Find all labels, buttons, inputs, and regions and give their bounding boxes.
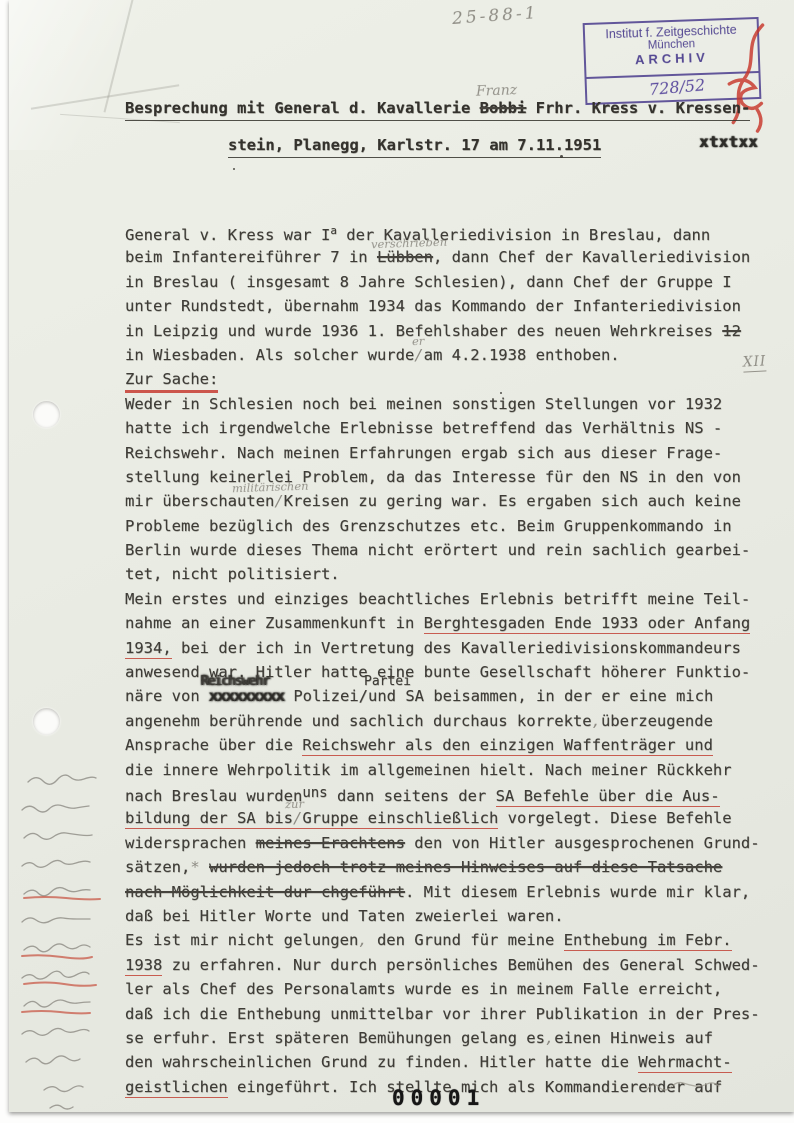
- inserted-correction: zur: [285, 797, 304, 812]
- text-segment: a: [330, 224, 337, 237]
- text-segment: , dann Chef der Kavalleriedivision: [433, 248, 750, 266]
- text-line: in Leipzig und wurde 1936 1. Befehlshabe…: [125, 322, 760, 346]
- text-line: bildung der SA bis/zurGruppe einschließl…: [125, 809, 760, 833]
- text-line: in Breslau ( insgesamt 8 Jahre Schlesien…: [125, 273, 760, 297]
- text-segment: den wahrscheinlichen Grund zu finden. Hi…: [125, 1053, 638, 1071]
- text-line: Ansprache über die Reichswehr als den ei…: [125, 736, 760, 760]
- text-segment: Ansprache über die: [125, 736, 302, 754]
- text-line: stellung keinerlei Problem, da das Inter…: [125, 468, 760, 492]
- text-segment: Kreisen zu gering war. Es ergaben sich a…: [284, 492, 741, 510]
- struck-name: BobbiFranz: [480, 99, 527, 117]
- document-title-line1: Besprechung mit General d. Kavallerie Bo…: [125, 99, 750, 117]
- text-line: nahme an einer Zusammenkunft in Berghtes…: [125, 614, 760, 638]
- text-line: 1938 zu erfahren. Nur durch persönliches…: [125, 956, 760, 980]
- text-segment: Weder in Schlesien noch bei meinen sonst…: [125, 395, 722, 413]
- text-line: Zur Sache:: [125, 370, 760, 394]
- text-segment: se erfuhr. Erst späteren Bemühungen gela…: [125, 1029, 545, 1047]
- text-segment: zu erfahren. Nur durch persönliches Bemü…: [162, 956, 759, 974]
- text-segment: bei der ich in Vertretung des Kavallerie…: [172, 639, 741, 657]
- text-segment: einen Hinweis auf: [554, 1029, 713, 1047]
- punch-hole: [33, 401, 60, 428]
- text-segment: ,: [592, 712, 601, 730]
- text-segment: Probleme bezüglich des Grenzschutzes etc…: [125, 517, 732, 535]
- text-segment: Reichswehr als den einzigen Waffenträger…: [302, 736, 713, 756]
- pencil-scribble-wehrmacht: [645, 1078, 737, 1098]
- text-segment: am 4.2.1938 enthoben.: [424, 346, 620, 364]
- text-segment: beisammen, in der er eine mich: [424, 687, 713, 705]
- title-text: Besprechung mit General d. Kavallerie: [125, 99, 480, 117]
- text-line: daß bei Hitler Worte und Taten zweierlei…: [125, 907, 760, 931]
- text-segment: /zur: [293, 809, 302, 829]
- document-title-line2: stein, Planegg, Karlstr. 17 am 7.11.1951: [228, 136, 601, 154]
- handwritten-name-correction: Franz: [475, 82, 517, 99]
- text-segment: Reichswehr. Nach meinen Erfahrungen erga…: [125, 444, 722, 462]
- text-segment: tet, nicht politisiert.: [125, 565, 340, 583]
- text-segment: widersprachen: [125, 834, 256, 852]
- text-segment: Berlin wurde dieses Thema nicht erörtert…: [125, 541, 750, 559]
- struck-name-text: Bobbi: [480, 99, 527, 117]
- text-segment: *: [190, 858, 199, 876]
- text-segment: Polizei/: [284, 687, 368, 705]
- text-segment: beim Infantereiführer 7 in: [125, 248, 377, 266]
- text-line: sätzen,* wurden jedoch trotz meines Hinw…: [125, 858, 760, 882]
- typed-overstrike-mark: xtxtxx: [699, 133, 758, 151]
- text-segment: angenehm berührende und sachlich durchau…: [125, 712, 592, 730]
- text-segment: nahme an einer Zusammenkunft in: [125, 614, 424, 632]
- text-line: in Wiesbaden. Als solcher wurde/eram 4.2…: [125, 346, 760, 370]
- text-segment: Lübbenverschrieben: [377, 248, 433, 266]
- text-segment: ,: [358, 931, 367, 949]
- text-segment: den Grund für meine: [368, 931, 564, 949]
- text-line: tet, nicht politisiert.: [125, 565, 760, 589]
- text-line: die innere Wehrpolitik im allgemeinen hi…: [125, 761, 760, 785]
- text-line: Weder in Schlesien noch bei meinen sonst…: [125, 395, 760, 419]
- text-segment: unter Rundstedt, übernahm 1934 das Komma…: [125, 297, 741, 315]
- title-text: stein, Planegg, Karlstr. 17 am 7.11.1951: [228, 136, 601, 158]
- text-segment: meines Erachtens: [256, 834, 405, 852]
- scanned-document-page: 25-88-1 Institut f. Zeitgeschichte Münch…: [0, 0, 794, 1123]
- typewritten-body: General v. Kress war Ia der Kavalleriedi…: [125, 224, 760, 1102]
- text-line: mir überschauten/militärischenKreisen zu…: [125, 492, 760, 516]
- text-line: näre von xxxxxxxxxReichswehr Polizei/und…: [125, 687, 760, 711]
- inserted-correction: er: [412, 334, 425, 348]
- text-segment: daß bei Hitler Worte und Taten zweierlei…: [125, 907, 564, 925]
- text-segment: geistlichen: [125, 1078, 228, 1098]
- text-line: nach Möglichkeit dur chgeführt. Mit dies…: [125, 883, 760, 907]
- text-line: hatte ich irgendwelche Erlebnisse betref…: [125, 419, 760, 443]
- text-line: nach Breslau wurdenuns dann seitens der …: [125, 785, 760, 809]
- text-segment: Zur Sache:: [125, 370, 218, 393]
- text-segment: daß ich die Enthebung unmittelbar vor ih…: [125, 1005, 760, 1023]
- text-segment: Gruppe einschließlich: [302, 809, 498, 829]
- text-line: ler als Chef des Personalamts wurde es i…: [125, 980, 760, 1004]
- text-line: unter Rundstedt, übernahm 1934 das Komma…: [125, 297, 760, 321]
- text-segment: vorgelegt. Diese Befehle: [498, 809, 731, 827]
- text-segment: uns: [302, 785, 327, 801]
- text-segment: Wehrmacht-: [638, 1053, 731, 1073]
- text-segment: den von Hitler ausgesprochenen Grund-: [405, 834, 760, 852]
- pencil-wehrkreis-correction: XII: [743, 353, 767, 372]
- text-segment: 12: [722, 322, 741, 340]
- text-segment: ler als Chef des Personalamts wurde es i…: [125, 980, 722, 998]
- text-segment: mir überschauten: [125, 492, 274, 510]
- text-segment: die innere Wehrpolitik im allgemeinen hi…: [125, 761, 732, 779]
- text-segment: Mein erstes und einziges beachtliches Er…: [125, 590, 750, 608]
- text-line: Probleme bezüglich des Grenzschutzes etc…: [125, 517, 760, 541]
- text-segment: und SAPartei: [368, 687, 424, 705]
- text-segment: Berghtesgaden Ende 1933 oder Anfang: [424, 614, 751, 634]
- text-segment: 1934,: [125, 639, 172, 659]
- text-line: Es ist mir nicht gelungen, den Grund für…: [125, 931, 760, 955]
- text-segment: hatte ich irgendwelche Erlebnisse betref…: [125, 419, 722, 437]
- text-line: beim Infantereiführer 7 in Lübbenverschr…: [125, 248, 760, 272]
- corner-crease: [9, 0, 199, 150]
- text-segment: stellung keinerlei Problem, da das Inter…: [125, 468, 741, 486]
- text-segment: 1938: [125, 956, 162, 976]
- text-segment: nach Breslau wurden: [125, 787, 302, 805]
- text-segment: ,: [545, 1029, 554, 1047]
- text-line: se erfuhr. Erst späteren Bemühungen gela…: [125, 1029, 760, 1053]
- inserted-correction: Partei: [364, 675, 411, 688]
- text-segment: General v. Kress war I: [125, 226, 330, 244]
- text-segment: in Wiesbaden. Als solcher wurde: [125, 346, 414, 364]
- text-segment: nach Möglichkeit dur chgeführt: [125, 883, 405, 901]
- text-segment: SA Befehle über die Aus-: [496, 787, 720, 807]
- text-line: angenehm berührende und sachlich durchau…: [125, 712, 760, 736]
- ink-speck: [233, 168, 235, 170]
- text-line: 1934, bei der ich in Vertretung des Kava…: [125, 639, 760, 663]
- text-segment: näre von: [125, 687, 209, 705]
- text-segment: bildung der SA bis: [125, 809, 293, 829]
- text-line: Mein erstes und einziges beachtliches Er…: [125, 590, 760, 614]
- text-segment: wurden jedoch trotz meines Hinweises auf…: [209, 858, 722, 876]
- punch-hole: [33, 708, 60, 735]
- text-segment: überzeugende: [601, 712, 713, 730]
- text-segment: xxxxxxxxxReichswehr: [209, 687, 284, 705]
- page-number-stamp: 00001: [392, 1086, 485, 1110]
- text-segment: [200, 858, 209, 876]
- text-segment: Es ist mir nicht gelungen: [125, 931, 358, 949]
- text-segment: in Breslau ( insgesamt 8 Jahre Schlesien…: [125, 273, 732, 291]
- text-line: den wahrscheinlichen Grund zu finden. Hi…: [125, 1053, 760, 1077]
- margin-handwritten-note: [16, 772, 120, 1117]
- text-line: Berlin wurde dieses Thema nicht erörtert…: [125, 541, 760, 565]
- inserted-correction: Reichswehr: [201, 675, 269, 688]
- text-segment: /er: [414, 346, 423, 364]
- text-segment: . Mit diesem Erlebnis wurde mir klar,: [405, 883, 750, 901]
- text-line: Reichswehr. Nach meinen Erfahrungen erga…: [125, 444, 760, 468]
- text-line: daß ich die Enthebung unmittelbar vor ih…: [125, 1005, 760, 1029]
- text-line: widersprachen meines Erachtens den von H…: [125, 834, 760, 858]
- text-segment: dann seitens der: [328, 787, 496, 805]
- text-segment: sätzen,: [125, 858, 190, 876]
- red-pencil-flourish: [696, 13, 794, 142]
- text-segment: /militärischen: [274, 492, 283, 510]
- text-segment: Enthebung im Febr.: [564, 931, 732, 951]
- title-text: Frhr. Kress v. Kressen-: [526, 99, 750, 117]
